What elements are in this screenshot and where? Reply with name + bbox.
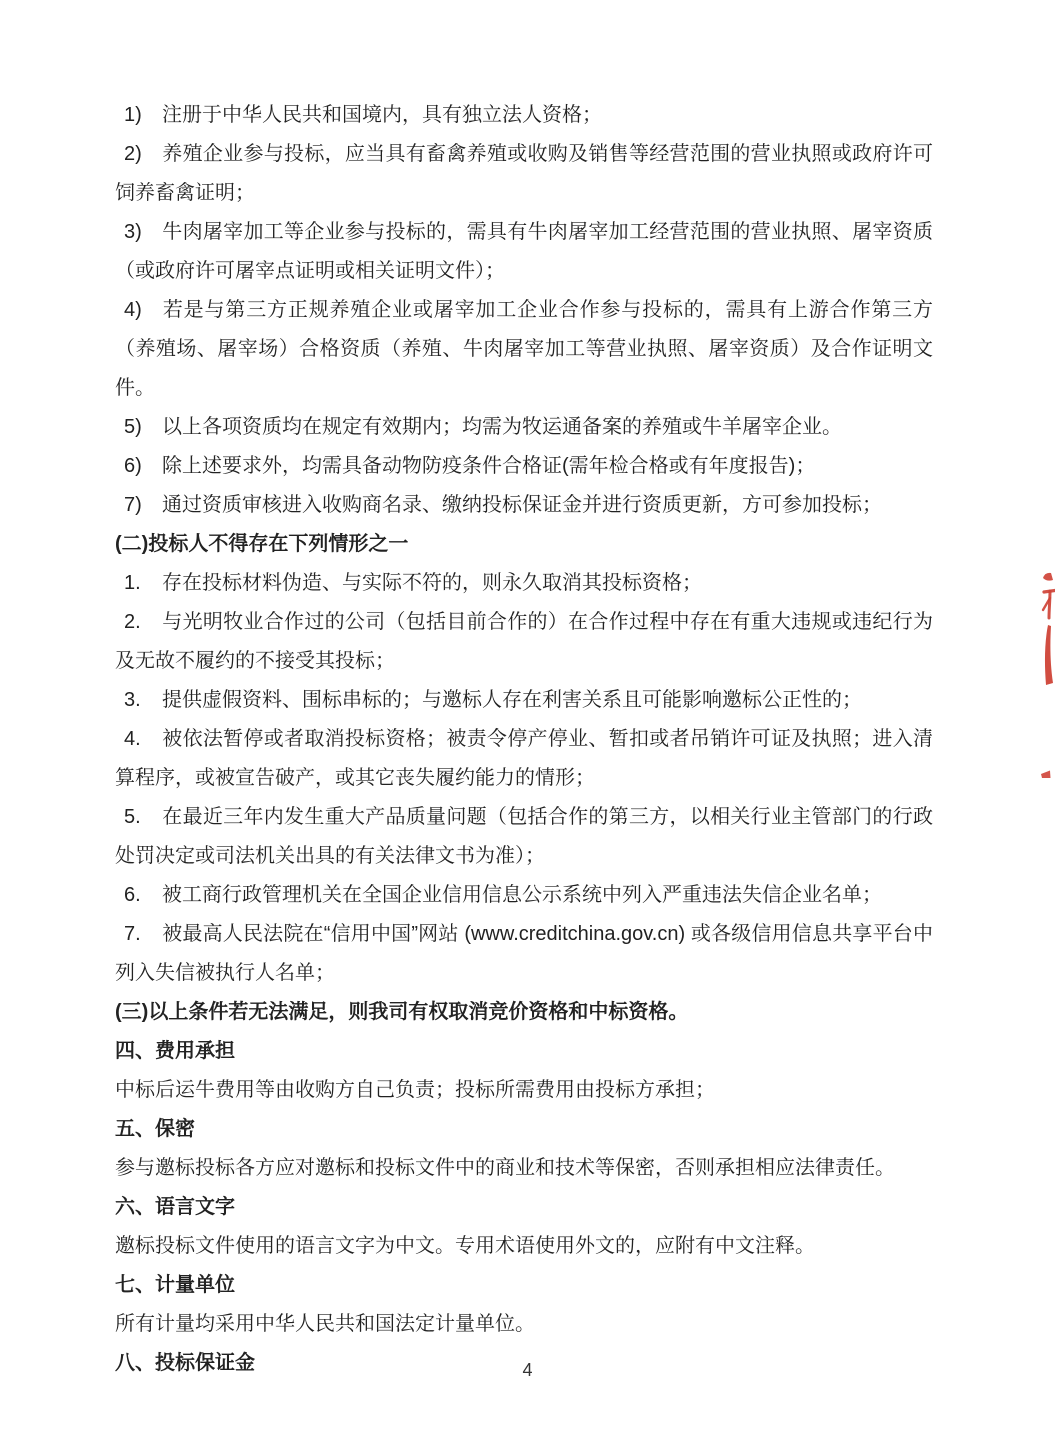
language-paragraph: 邀标投标文件使用的语言文字为中文。专用术语使用外文的，应附有中文注释。 [115,1227,933,1266]
units-paragraph: 所有计量均采用中华人民共和国法定计量单位。 [115,1305,933,1344]
list-number: 7) [115,486,162,525]
qualification-item-1: 1)注册于中华人民共和国境内，具有独立法人资格； [115,96,933,135]
disqualification-item-1: 1.存在投标材料伪造、与实际不符的，则永久取消其投标资格； [115,564,933,603]
list-text: 通过资质审核进入收购商名录、缴纳投标保证金并进行资质更新，方可参加投标； [162,494,882,516]
list-text: 被工商行政管理机关在全国企业信用信息公示系统中列入严重违法失信企业名单； [162,884,882,906]
disqualification-item-2: 2.与光明牧业合作过的公司（包括目前合作的）在合作过程中存在有重大违规或违纪行为… [115,603,933,681]
list-number: 1. [115,564,162,603]
fees-paragraph: 中标后运牛费用等由收购方自己负责；投标所需费用由投标方承担； [115,1071,933,1110]
disqualification-item-3: 3.提供虚假资料、围标串标的；与邀标人存在利害关系且可能影响邀标公正性的； [115,681,933,720]
list-text: 提供虚假资料、围标串标的；与邀标人存在利害关系且可能影响邀标公正性的； [162,689,862,711]
disqualification-item-5: 5.在最近三年内发生重大产品质量问题（包括合作的第三方，以相关行业主管部门的行政… [115,798,933,876]
list-number: 1) [115,96,162,135]
confidentiality-paragraph: 参与邀标投标各方应对邀标和投标文件中的商业和技术等保密，否则承担相应法律责任。 [115,1149,933,1188]
qualification-item-6: 6)除上述要求外，均需具备动物防疫条件合格证(需年检合格或有年度报告)； [115,447,933,486]
list-number: 5) [115,408,162,447]
list-number: 4) [115,291,162,330]
subsection-heading-2: (二)投标人不得存在下列情形之一 [115,525,933,564]
list-text: 牛肉屠宰加工等企业参与投标的，需具有牛肉屠宰加工经营范围的营业执照、屠宰资质（或… [115,221,933,282]
list-text: 存在投标材料伪造、与实际不符的，则永久取消其投标资格； [162,572,702,594]
document-body: 1)注册于中华人民共和国境内，具有独立法人资格； 2)养殖企业参与投标，应当具有… [115,96,933,1383]
list-number: 5. [115,798,162,837]
list-number: 6) [115,447,162,486]
document-page: 1)注册于中华人民共和国境内，具有独立法人资格； 2)养殖企业参与投标，应当具有… [0,0,1055,1439]
list-number: 2) [115,135,162,174]
list-text: 与光明牧业合作过的公司（包括目前合作的）在合作过程中存在有重大违规或违纪行为及无… [115,611,933,672]
red-seal-mark [1038,568,1055,783]
page-footer: 4 [0,1356,1055,1384]
qualification-item-7: 7)通过资质审核进入收购商名录、缴纳投标保证金并进行资质更新，方可参加投标； [115,486,933,525]
list-text: 若是与第三方正规养殖企业或屠宰加工企业合作参与投标的，需具有上游合作第三方（养殖… [115,299,933,399]
section-heading-4-fees: 四、费用承担 [115,1032,933,1071]
disqualification-item-4: 4.被依法暂停或者取消投标资格；被责令停产停业、暂扣或者吊销许可证及执照；进入清… [115,720,933,798]
qualification-item-5: 5)以上各项资质均在规定有效期内；均需为牧运通备案的养殖或牛羊屠宰企业。 [115,408,933,447]
qualification-item-3: 3)牛肉屠宰加工等企业参与投标的，需具有牛肉屠宰加工经营范围的营业执照、屠宰资质… [115,213,933,291]
list-text: 被最高人民法院在“信用中国”网站 (www.creditchina.gov.cn… [115,923,933,984]
page-number: 4 [522,1360,532,1380]
section-heading-7-units: 七、计量单位 [115,1266,933,1305]
disqualification-item-7: 7.被最高人民法院在“信用中国”网站 (www.creditchina.gov.… [115,915,933,993]
list-text: 养殖企业参与投标，应当具有畜禽养殖或收购及销售等经营范围的营业执照或政府许可饲养… [115,143,933,204]
list-text: 注册于中华人民共和国境内，具有独立法人资格； [162,104,602,126]
subsection-heading-3: (三)以上条件若无法满足，则我司有权取消竞价资格和中标资格。 [115,993,933,1032]
list-number: 4. [115,720,162,759]
list-number: 6. [115,876,162,915]
qualification-item-4: 4)若是与第三方正规养殖企业或屠宰加工企业合作参与投标的，需具有上游合作第三方（… [115,291,933,408]
qualification-item-2: 2)养殖企业参与投标，应当具有畜禽养殖或收购及销售等经营范围的营业执照或政府许可… [115,135,933,213]
list-number: 3. [115,681,162,720]
list-number: 2. [115,603,162,642]
list-number: 3) [115,213,162,252]
list-text: 被依法暂停或者取消投标资格；被责令停产停业、暂扣或者吊销许可证及执照；进入清算程… [115,728,933,789]
list-text: 除上述要求外，均需具备动物防疫条件合格证(需年检合格或有年度报告)； [162,455,815,477]
section-heading-5-confidentiality: 五、保密 [115,1110,933,1149]
disqualification-item-6: 6.被工商行政管理机关在全国企业信用信息公示系统中列入严重违法失信企业名单； [115,876,933,915]
list-text: 以上各项资质均在规定有效期内；均需为牧运通备案的养殖或牛羊屠宰企业。 [162,416,842,438]
list-text: 在最近三年内发生重大产品质量问题（包括合作的第三方，以相关行业主管部门的行政处罚… [115,806,933,867]
list-number: 7. [115,915,162,954]
section-heading-6-language: 六、语言文字 [115,1188,933,1227]
